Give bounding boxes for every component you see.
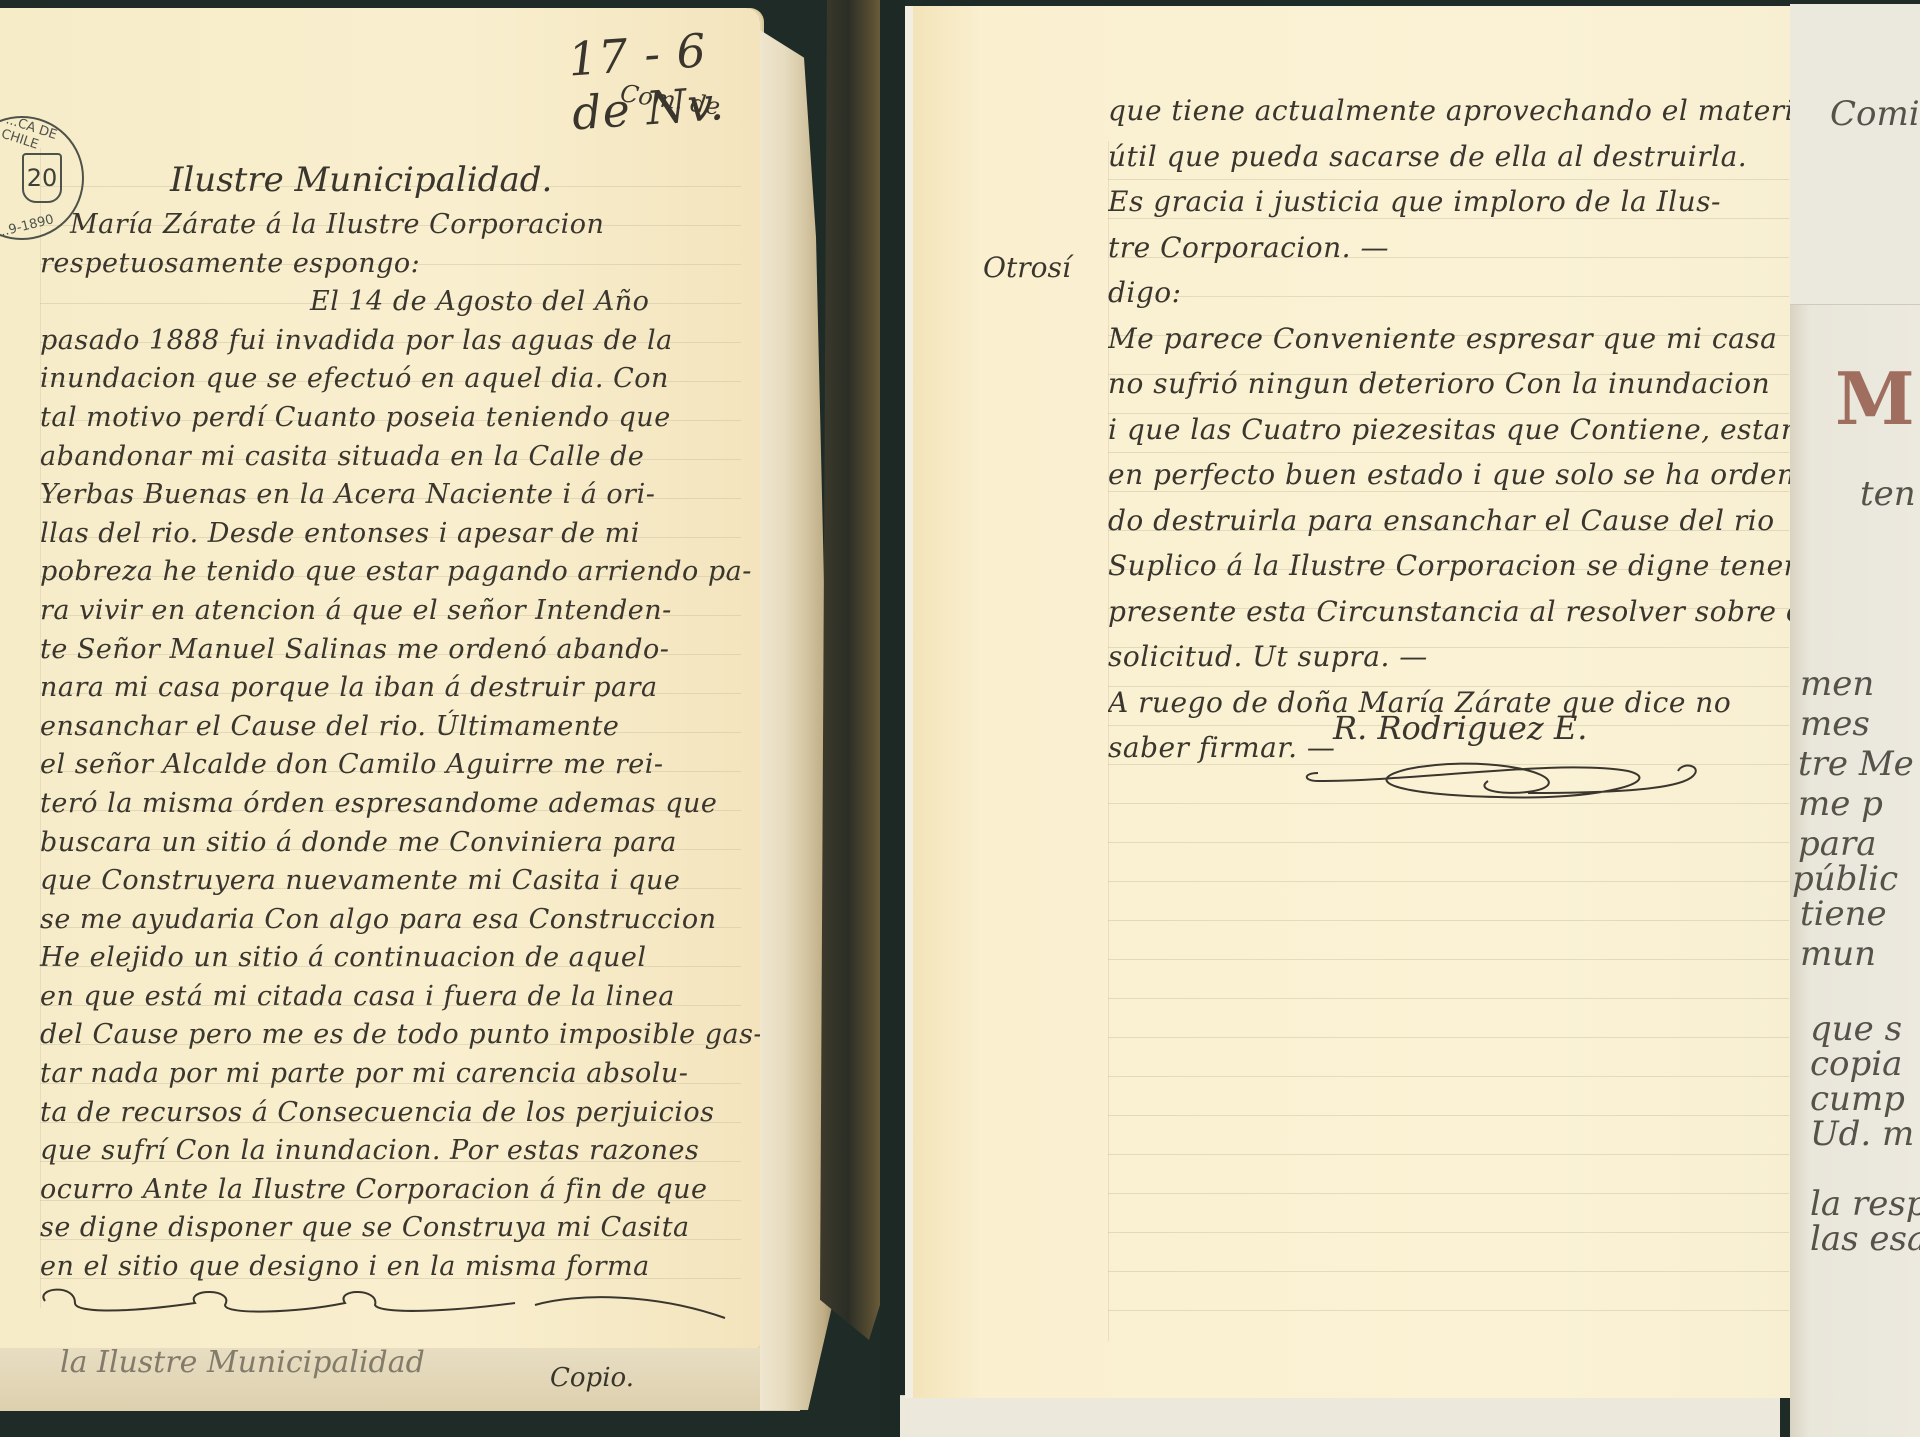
strip-word: men bbox=[1800, 664, 1874, 704]
text-line: en el sitio que designo i en la misma fo… bbox=[40, 1248, 740, 1287]
underlying-page-edge: la Ilustre Municipalidad Copio. bbox=[0, 1340, 800, 1411]
text-line: se digne disponer que se Construya mi Ca… bbox=[40, 1209, 740, 1248]
text-line: ra vivir en atencion á que el señor Inte… bbox=[40, 592, 740, 631]
text-line: Yerbas Buenas en la Acera Naciente i á o… bbox=[40, 476, 740, 515]
strip-word: cump bbox=[1810, 1079, 1905, 1119]
text-line: solicitud. Ut supra. — bbox=[1108, 634, 1798, 680]
signature-flourish-icon bbox=[1298, 751, 1718, 811]
strip-word: mes bbox=[1800, 704, 1870, 744]
strip-word: tre Me bbox=[1798, 744, 1914, 784]
text-line: pasado 1888 fui invadida por las aguas d… bbox=[40, 322, 740, 361]
underlying-corner-note: Copio. bbox=[550, 1363, 634, 1393]
strip-word: la resp bbox=[1810, 1184, 1920, 1224]
right-underlying-page bbox=[900, 1395, 1780, 1437]
text-line: María Zárate á la Ilustre Corporacion bbox=[40, 206, 740, 245]
text-line: del Cause pero me es de todo punto impos… bbox=[40, 1016, 740, 1055]
text-line: tar nada por mi parte por mi carencia ab… bbox=[40, 1055, 740, 1094]
pencil-annotation: 17 - 6 de Nv. bbox=[566, 20, 763, 141]
text-line: que tiene actualmente aprovechando el ma… bbox=[1108, 88, 1798, 134]
text-line: Suplico á la Ilustre Corporacion se dign… bbox=[1108, 543, 1798, 589]
text-line: útil que pueda sacarse de ella al destru… bbox=[1108, 134, 1798, 180]
text-line: Me parece Conveniente espresar que mi ca… bbox=[1108, 316, 1798, 362]
strip-word: me p bbox=[1798, 784, 1883, 824]
signature: R. Rodriguez E. bbox=[1333, 709, 1587, 747]
left-page: 17 - 6 de Nv. Com. de ...CA DE CHILE 20 … bbox=[0, 8, 760, 1348]
next-document-strip: Comi M ten men mes tre Me me p para públ… bbox=[1790, 4, 1920, 1437]
text-line: te Señor Manuel Salinas me ordenó abando… bbox=[40, 631, 740, 670]
stamp-value: 20 bbox=[22, 153, 62, 203]
strip-word: ten bbox=[1860, 474, 1916, 514]
right-page: Otrosí que tiene actualmente aprovechand… bbox=[905, 6, 1798, 1398]
strip-word: tiene bbox=[1800, 894, 1887, 934]
petition-title: Ilustre Municipalidad. bbox=[170, 160, 552, 200]
strip-top-sheet: Comi bbox=[1790, 4, 1920, 305]
archive-scan: la Ilustre Municipalidad Copio. 17 - 6 d… bbox=[0, 0, 1920, 1437]
text-line: ta de recursos á Consecuencia de los per… bbox=[40, 1094, 740, 1133]
text-line: no sufrió ningun deterioro Con la inunda… bbox=[1108, 361, 1798, 407]
text-line: digo: bbox=[1108, 270, 1798, 316]
text-line: El 14 de Agosto del Año bbox=[40, 283, 740, 322]
petition-body-left: María Zárate á la Ilustre Corporacion re… bbox=[40, 206, 740, 1287]
text-line: llas del rio. Desde entonses i apesar de… bbox=[40, 515, 740, 554]
strip-word: mun bbox=[1800, 934, 1876, 974]
text-line: buscara un sitio á donde me Conviniera p… bbox=[40, 824, 740, 863]
text-line: tre Corporacion. — bbox=[1108, 225, 1798, 271]
end-flourish-icon bbox=[35, 1283, 735, 1333]
text-line: se me ayudaria Con algo para esa Constru… bbox=[40, 901, 740, 940]
text-line: presente esta Circunstancia al resolver … bbox=[1108, 589, 1798, 635]
text-line: ocurro Ante la Ilustre Corporacion á fin… bbox=[40, 1171, 740, 1210]
strip-word: Ud. m bbox=[1810, 1114, 1914, 1154]
text-line: que Construyera nuevamente mi Casita i q… bbox=[40, 862, 740, 901]
monogram-icon: M bbox=[1835, 354, 1905, 444]
text-line: en que está mi citada casa i fuera de la… bbox=[40, 978, 740, 1017]
strip-word: las esa bbox=[1810, 1219, 1920, 1259]
text-line: en perfecto buen estado i que solo se ha… bbox=[1108, 452, 1798, 498]
text-line: Es gracia i justicia que imploro de la I… bbox=[1108, 179, 1798, 225]
text-line: teró la misma órden espresandome ademas … bbox=[40, 785, 740, 824]
strip-word: copia bbox=[1810, 1044, 1902, 1084]
petition-body-right: que tiene actualmente aprovechando el ma… bbox=[1108, 88, 1798, 771]
underlying-page-text: la Ilustre Municipalidad bbox=[60, 1345, 425, 1380]
gutter bbox=[880, 0, 905, 1437]
text-line: pobreza he tenido que estar pagando arri… bbox=[40, 553, 740, 592]
text-line: inundacion que se efectuó en aquel dia. … bbox=[40, 360, 740, 399]
strip-word: que s bbox=[1810, 1009, 1902, 1049]
margin-note-otrosi: Otrosí bbox=[983, 251, 1071, 284]
strip-word: para bbox=[1798, 824, 1877, 864]
strip-word: públic bbox=[1792, 859, 1898, 899]
strip-word: Comi bbox=[1830, 94, 1920, 134]
text-line: abandonar mi casita situada en la Calle … bbox=[40, 438, 740, 477]
text-line: que sufrí Con la inundacion. Por estas r… bbox=[40, 1132, 740, 1171]
text-line: nara mi casa porque la iban á destruir p… bbox=[40, 669, 740, 708]
text-line: tal motivo perdí Cuanto poseia teniendo … bbox=[40, 399, 740, 438]
text-line: He elejido un sitio á continuacion de aq… bbox=[40, 939, 740, 978]
text-line: do destruirla para ensanchar el Cause de… bbox=[1108, 498, 1798, 544]
text-line: el señor Alcalde don Camilo Aguirre me r… bbox=[40, 746, 740, 785]
text-line: ensanchar el Cause del rio. Últimamente bbox=[40, 708, 740, 747]
text-line: i que las Cuatro piezesitas que Contiene… bbox=[1108, 407, 1798, 453]
text-line: respetuosamente espongo: bbox=[40, 245, 740, 284]
